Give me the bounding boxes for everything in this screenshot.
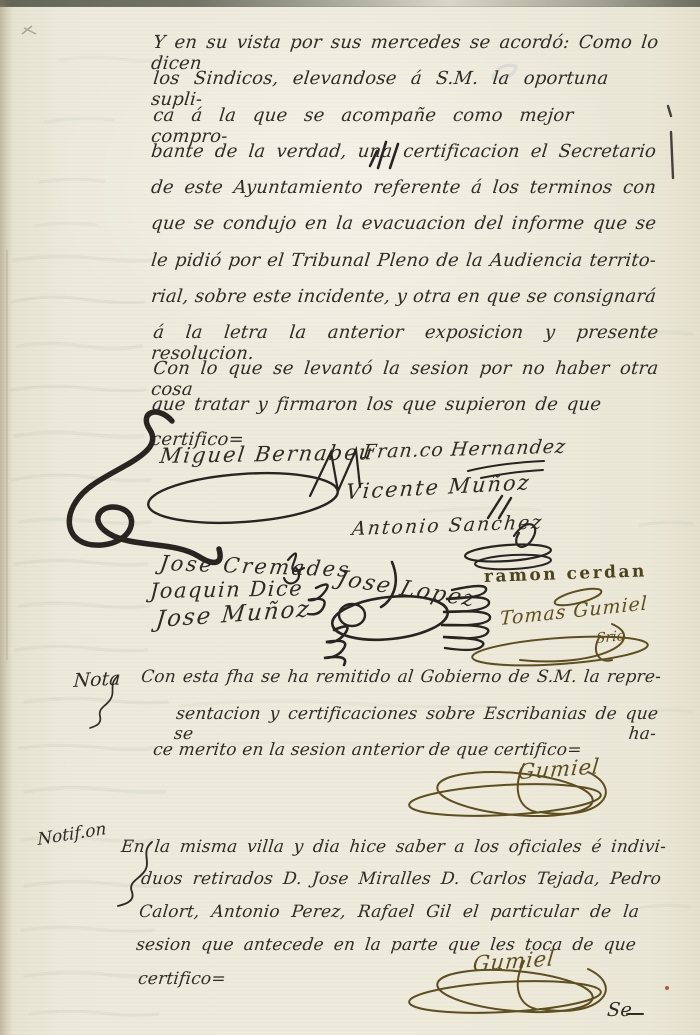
- manuscript-line: que tratar y firmaron los que supieron d…: [150, 395, 602, 416]
- nota-line: Con esta fha se ha remitido al Gobierno …: [140, 668, 662, 688]
- nota-label: Nota: [73, 667, 121, 692]
- signature-vicente-munoz: Vicente Muñoz: [345, 470, 532, 504]
- manuscript-line: bante de la verdad, una certificacion el…: [150, 142, 657, 163]
- red-ink-speck: [665, 986, 669, 990]
- notificacion-label: Notif.on: [37, 819, 107, 850]
- signature-miguel-bernabeu: Miguel Bernabeu: [159, 440, 376, 468]
- nota-line: sentacion y certificaciones sobre Escrib…: [173, 705, 659, 744]
- signature-jose-lopez: Jose Lopez: [334, 566, 480, 612]
- notificacion-line: duos retirados D. Jose Miralles D. Carlo…: [140, 870, 662, 890]
- nota-line: ce merito en la sesion anterior de que c…: [152, 741, 583, 761]
- catchword: Se: [606, 1000, 633, 1022]
- signature-francisco-hernandez: Fran.co Hernandez: [362, 436, 568, 463]
- manuscript-line: de este Ayuntamiento referente á los ter…: [150, 178, 657, 199]
- manuscript-line: le pidió por el Tribunal Pleno de la Aud…: [150, 251, 657, 272]
- page-left-edge: [0, 0, 12, 1035]
- signature-ramon-cerdan: ramon cerdan: [484, 561, 648, 587]
- notificacion-line: En la misma villa y dia hice saber a los…: [120, 838, 667, 858]
- notificacion-line: certifico=: [137, 970, 227, 990]
- notificacion-line: sesion que antecede en la parte que les …: [135, 936, 637, 956]
- manuscript-line: rial, sobre este incidente, y otra en qu…: [150, 287, 657, 308]
- notificacion-signature-gumiel: Gumiel: [472, 946, 556, 976]
- secretary-title-abbrev: Srio: [596, 628, 626, 647]
- manuscript-page: Y en su vista por sus mercedes se acordó…: [0, 0, 700, 1035]
- right-edge-ink-marks: [668, 106, 673, 178]
- page-top-edge-shadow: [0, 0, 700, 7]
- nota-signature-gumiel: Gumiel: [517, 754, 601, 784]
- manuscript-line: que se condujo en la evacuacion del info…: [150, 214, 657, 235]
- corner-pencil-mark: [22, 26, 36, 34]
- jose-munoz-rubric: [324, 626, 348, 665]
- signature-antonio-sanchez: Antonio Sanchez: [351, 511, 545, 540]
- signature-tomas-gumiel: Tomas Gumiel: [500, 592, 649, 630]
- notificacion-line: Calort, Antonio Perez, Rafael Gil el par…: [138, 903, 640, 923]
